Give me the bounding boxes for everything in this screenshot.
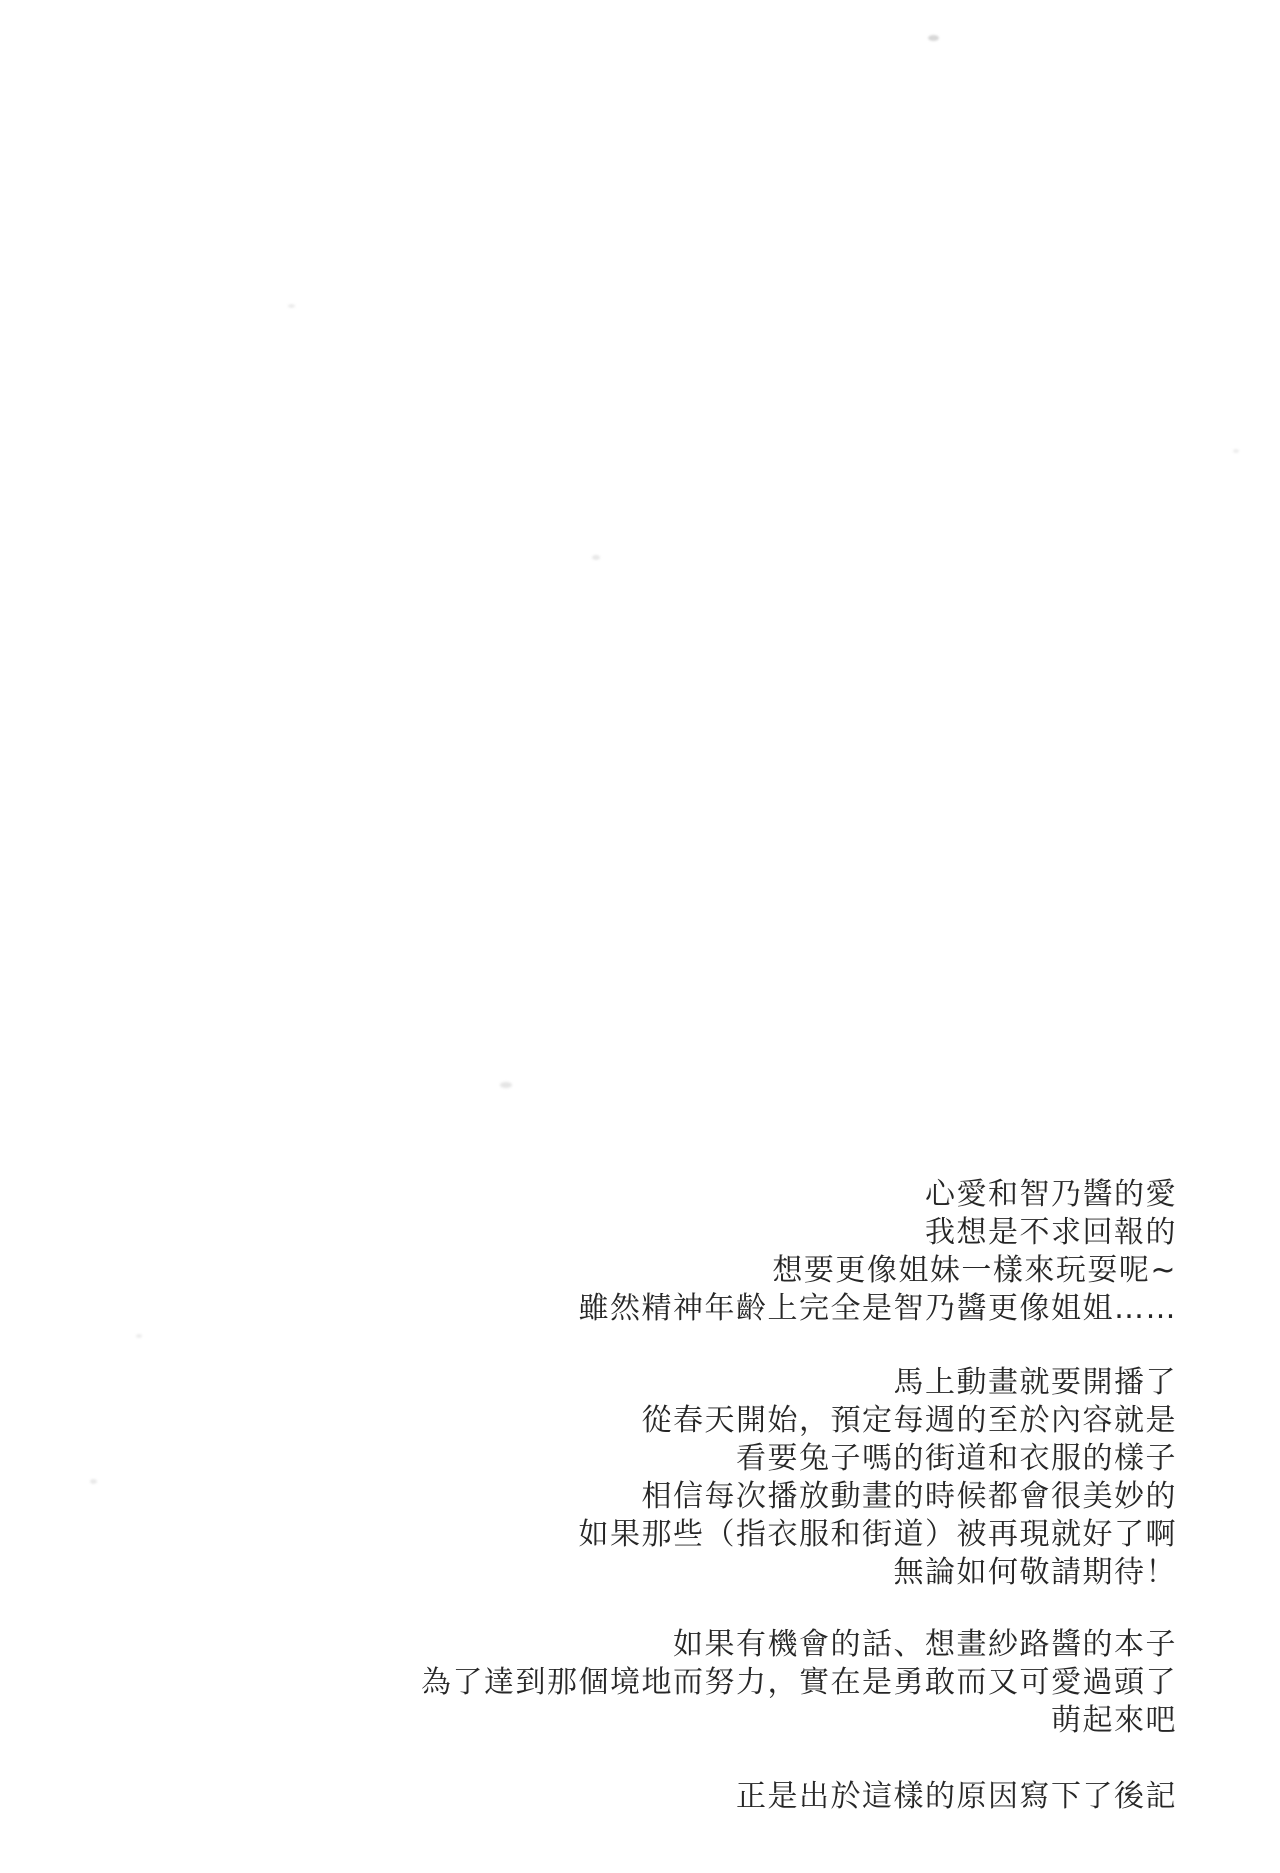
afterword-line: 馬上動畫就要開播了 (421, 1364, 1177, 1402)
afterword-line: 心愛和智乃醬的愛 (421, 1176, 1177, 1214)
scan-speck (136, 1334, 142, 1338)
scan-speck (1233, 449, 1239, 453)
afterword-line: 如果那些（指衣服和街道）被再現就好了啊 (421, 1516, 1177, 1554)
afterword-line: 萌起來吧 (421, 1702, 1177, 1740)
afterword-paragraph-closing: 正是出於這樣的原因寫下了後記 (421, 1778, 1177, 1816)
afterword-line: 正是出於這樣的原因寫下了後記 (421, 1778, 1177, 1816)
afterword-paragraph-next-book: 如果有機會的話、想畫紗路醬的本子 為了達到那個境地而努力，實在是勇敢而又可愛過頭… (421, 1626, 1177, 1740)
scan-speck (90, 1479, 97, 1484)
scan-speck (500, 1082, 512, 1088)
afterword-line: 我想是不求回報的 (421, 1214, 1177, 1252)
afterword-line: 如果有機會的話、想畫紗路醬的本子 (421, 1626, 1177, 1664)
afterword-line: 看要兔子嗎的街道和衣服的樣子 (421, 1440, 1177, 1478)
scanned-afterword-page: { "page": { "background_color": "#ffffff… (0, 0, 1280, 1873)
afterword-line: 相信每次播放動畫的時候都會很美妙的 (421, 1478, 1177, 1516)
afterword-line: 為了達到那個境地而努力，實在是勇敢而又可愛過頭了 (421, 1664, 1177, 1702)
afterword-text-block: 心愛和智乃醬的愛 我想是不求回報的 想要更像姐妹一樣來玩耍呢~ 雖然精神年齡上完… (421, 1176, 1177, 1816)
afterword-line: 從春天開始，預定每週的至於內容就是 (421, 1402, 1177, 1440)
afterword-paragraph-love: 心愛和智乃醬的愛 我想是不求回報的 想要更像姐妹一樣來玩耍呢~ 雖然精神年齡上完… (421, 1176, 1177, 1328)
afterword-line: 無論如何敬請期待！ (421, 1554, 1177, 1592)
scan-speck (928, 35, 939, 41)
afterword-line: 想要更像姐妹一樣來玩耍呢~ (421, 1252, 1177, 1290)
scan-speck (592, 555, 600, 560)
afterword-line: 雖然精神年齡上完全是智乃醬更像姐姐…… (421, 1290, 1177, 1328)
scan-speck (288, 304, 295, 308)
afterword-paragraph-anime: 馬上動畫就要開播了 從春天開始，預定每週的至於內容就是 看要兔子嗎的街道和衣服的… (421, 1364, 1177, 1592)
